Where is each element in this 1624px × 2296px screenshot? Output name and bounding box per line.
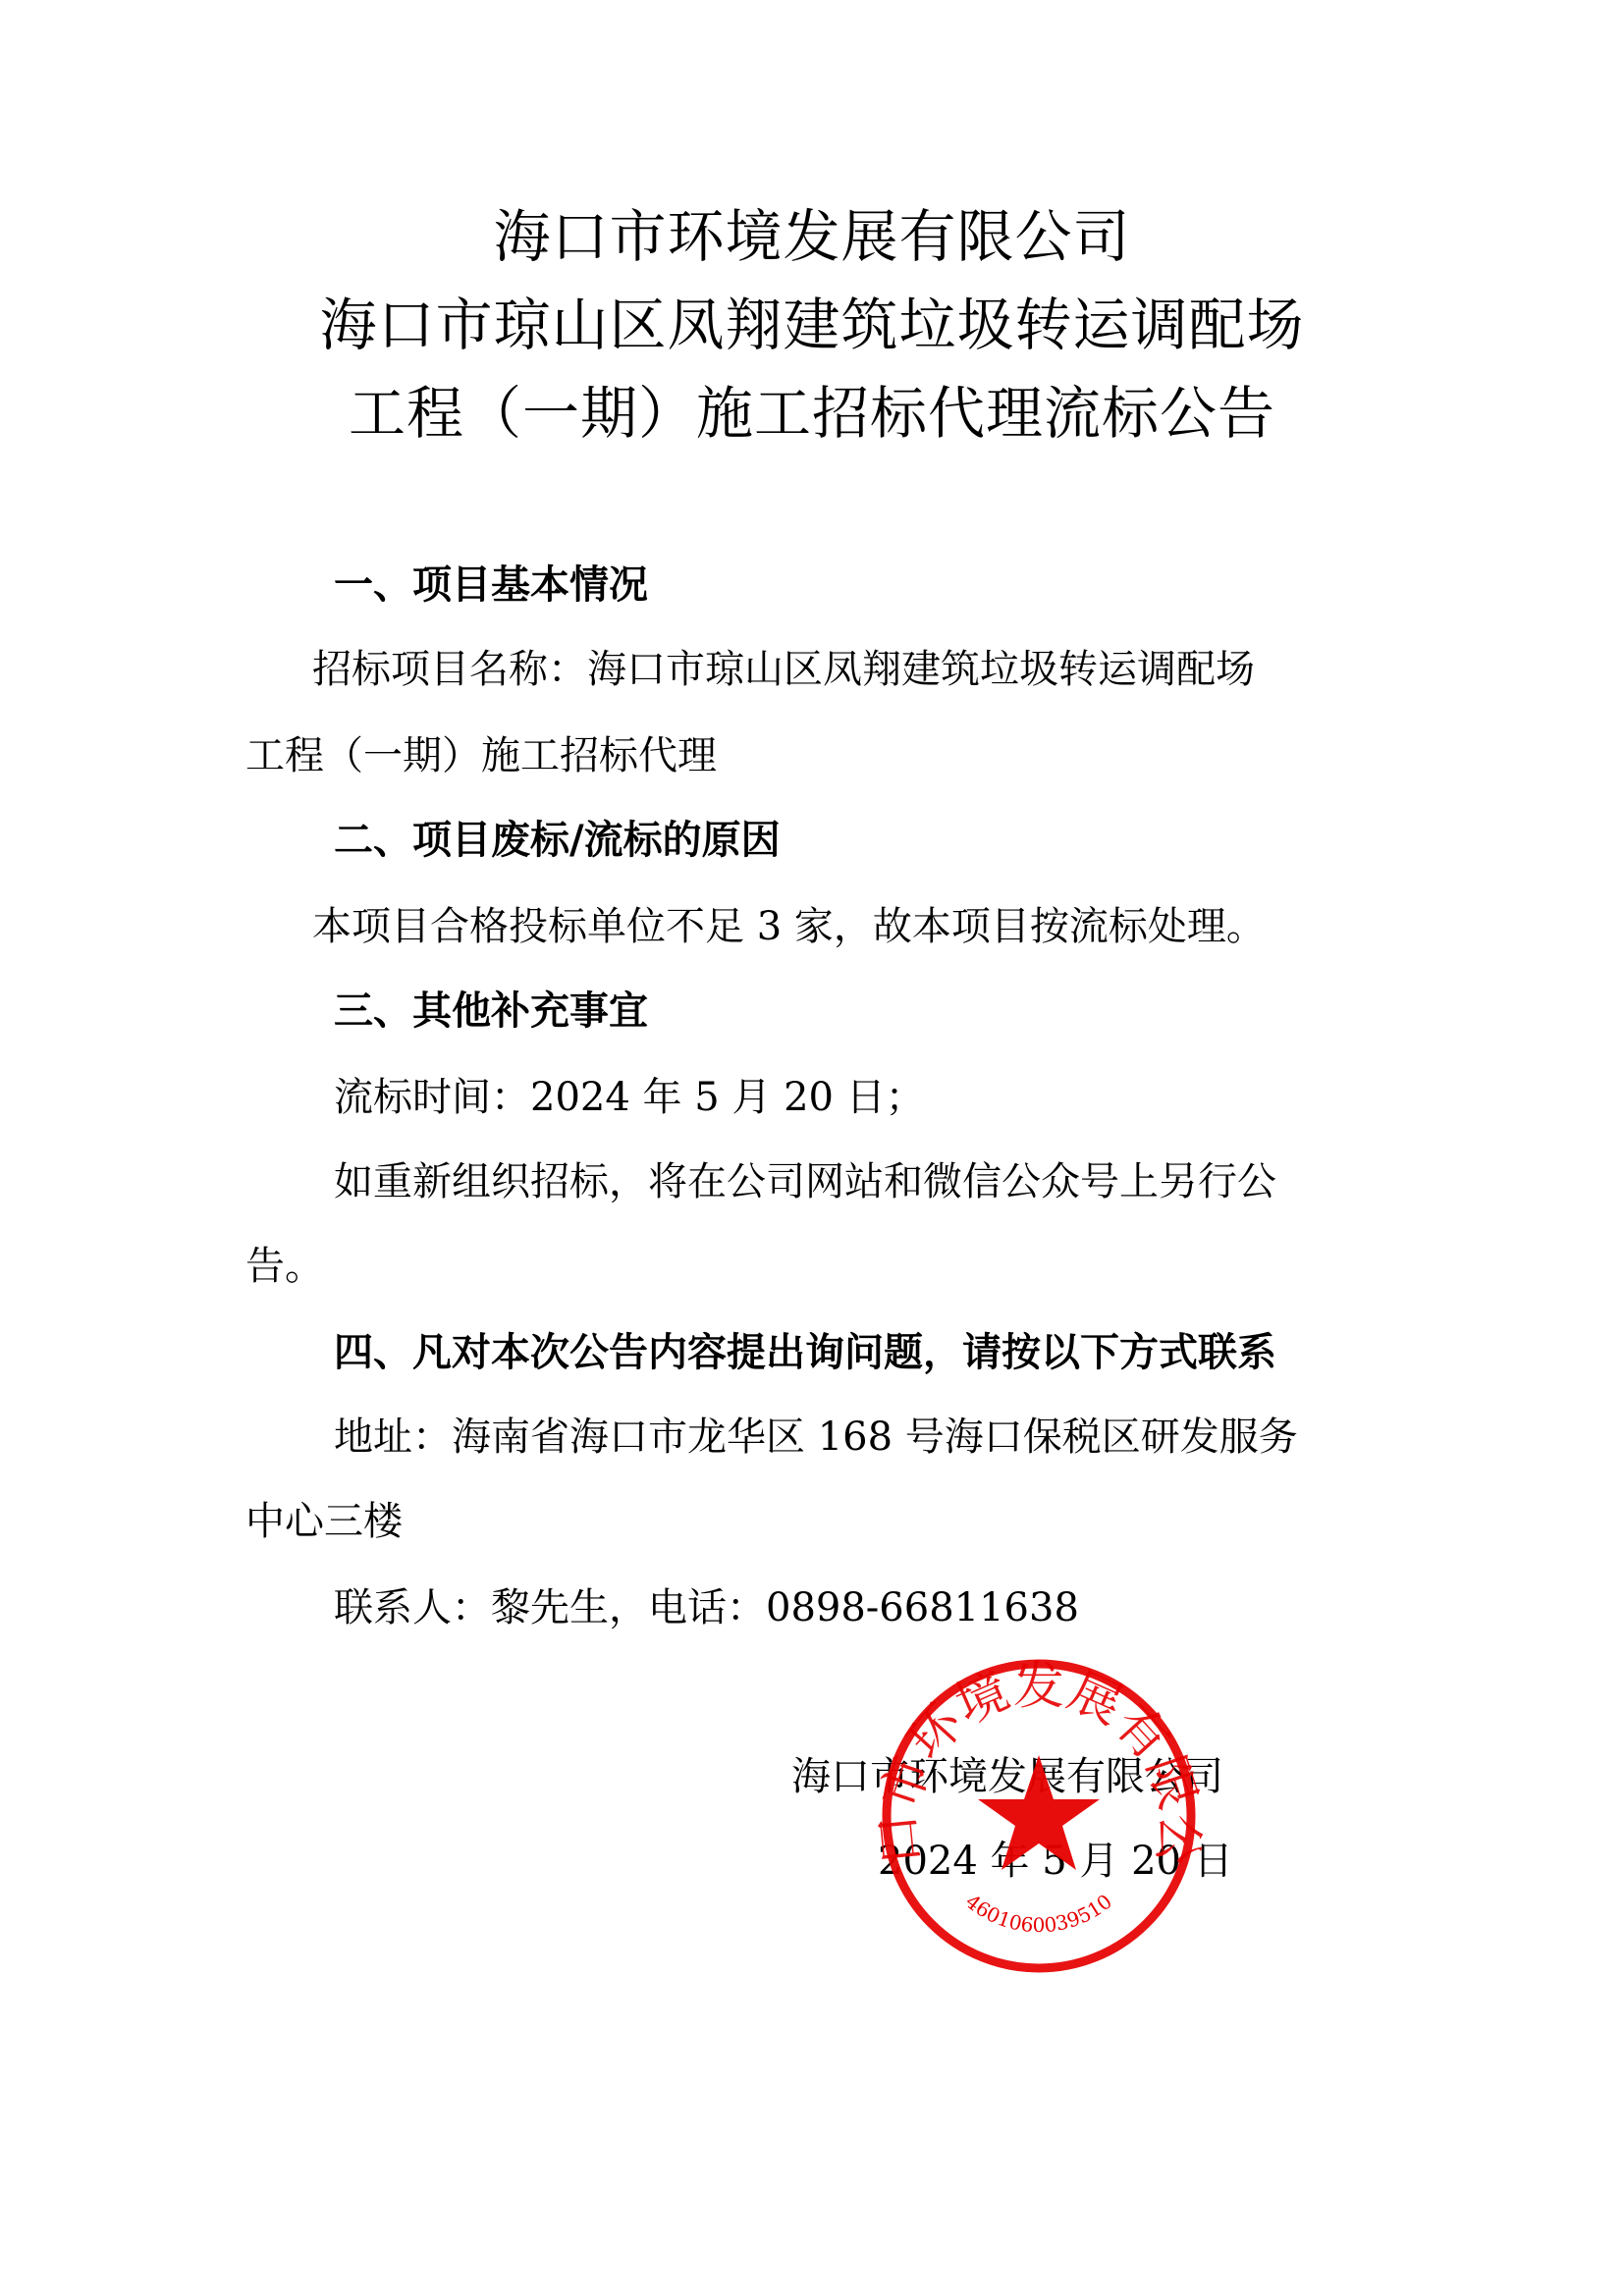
section-4-line-1: 地址：海南省海口市龙华区 168 号海口保税区研发服务 <box>334 1410 1298 1465</box>
title-line-1: 海口市环境发展有限公司 <box>0 192 1624 281</box>
section-1-line-2: 工程（一期）施工招标代理 <box>245 728 717 783</box>
section-2-line-1: 本项目合格投标单位不足 3 家，故本项目按流标处理。 <box>312 899 1266 954</box>
title-line-3: 工程（一期）施工招标代理流标公告 <box>0 369 1624 457</box>
seal-number: 4601060039510 <box>961 1890 1116 1937</box>
section-2-heading: 二、项目废标/流标的原因 <box>334 813 781 868</box>
section-4-line-3: 联系人：黎先生，电话：0898-66811638 <box>334 1580 1079 1635</box>
section-1-heading: 一、项目基本情况 <box>334 558 648 613</box>
section-3-line-3: 告。 <box>245 1239 324 1294</box>
section-3-line-1: 流标时间：2024 年 5 月 20 日； <box>334 1070 925 1125</box>
section-4-line-2: 中心三楼 <box>245 1494 403 1549</box>
company-seal-icon: 海口市环境发展有限公司 4601060039510 <box>872 1649 1206 1983</box>
svg-text:4601060039510: 4601060039510 <box>961 1890 1116 1937</box>
title-line-2: 海口市琼山区凤翔建筑垃圾转运调配场 <box>0 281 1624 369</box>
section-3-line-2: 如重新组织招标，将在公司网站和微信公众号上另行公 <box>334 1154 1276 1209</box>
section-4-heading: 四、凡对本次公告内容提出询问题，请按以下方式联系 <box>334 1325 1276 1380</box>
section-3-heading: 三、其他补充事宜 <box>334 984 648 1039</box>
section-1-line-1: 招标项目名称：海口市琼山区凤翔建筑垃圾转运调配场 <box>312 642 1255 697</box>
